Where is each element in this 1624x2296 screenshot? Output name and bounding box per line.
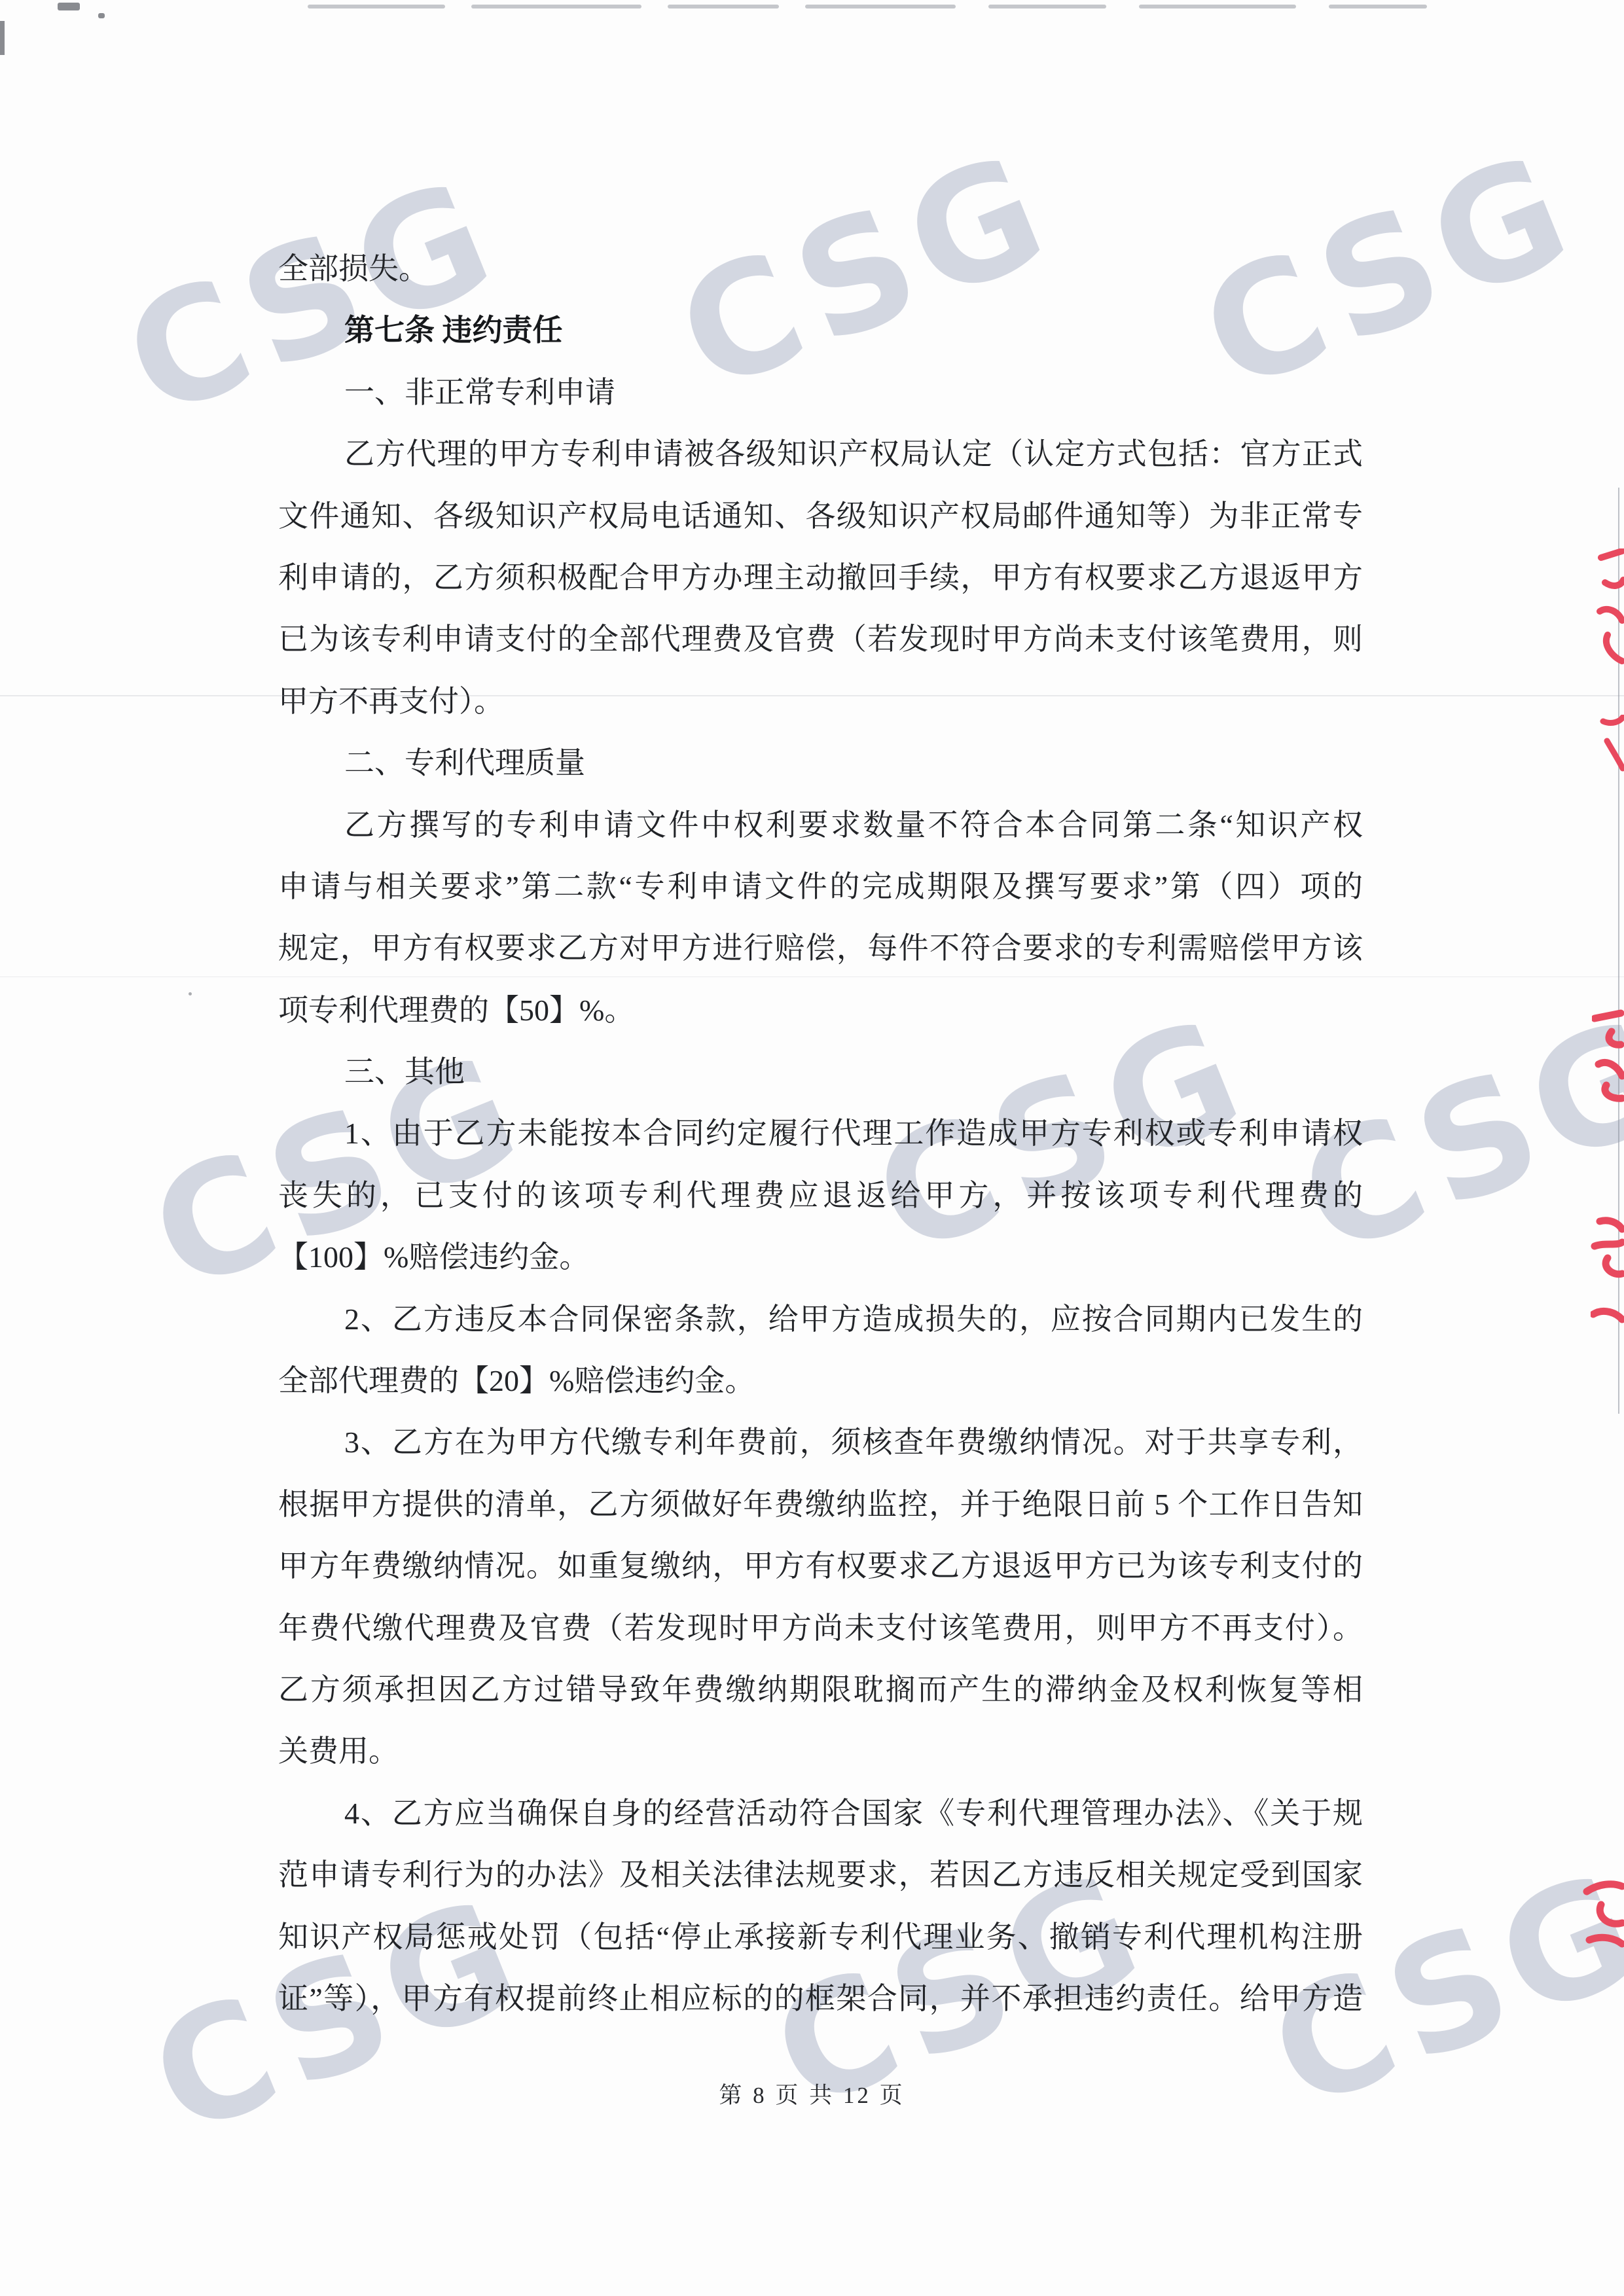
text-line: 规定，甲方有权要求乙方对甲方进行赔偿，每件不符合要求的专利需赔偿甲方该: [278, 918, 1363, 979]
text-line: 一、非正常专利申请: [278, 362, 1363, 423]
scan-artifact: [98, 13, 105, 18]
scan-artifact: [1618, 488, 1619, 1414]
text-line: 4、乙方应当确保自身的经营活动符合国家《专利代理管理办法》、《关于规: [278, 1783, 1363, 1844]
text-line: 利申请的，乙方须积极配合甲方办理主动撤回手续，甲方有权要求乙方退返甲方: [278, 547, 1363, 609]
text-line: 三、其他: [278, 1041, 1363, 1103]
text-line: 1、由于乙方未能按本合同约定履行代理工作造成甲方专利权或专利申请权: [278, 1103, 1363, 1164]
text-line: 申请与相关要求”第二款“专利申请文件的完成期限及撰写要求”第（四）项的: [278, 856, 1363, 918]
text-line: 全部损失。: [278, 238, 1363, 300]
scan-artifact: [1139, 5, 1296, 9]
text-line: 项专利代理费的【50】%。: [278, 980, 1363, 1041]
text-line: 3、乙方在为甲方代缴专利年费前，须核查年费缴纳情况。对于共享专利，: [278, 1412, 1363, 1473]
text-line: 已为该专利申请支付的全部代理费及官费（若发现时甲方尚未支付该笔费用，则: [278, 609, 1363, 670]
scan-artifact: [471, 5, 641, 9]
text-line: 二、专利代理质量: [278, 732, 1363, 794]
text-line: 证”等），甲方有权提前终止相应标的的框架合同，并不承担违约责任。给甲方造: [278, 1968, 1363, 2030]
red-ink-mark: [1592, 1008, 1624, 1103]
text-line: 【100】%赔偿违约金。: [278, 1227, 1363, 1288]
text-line: 丧失的，已支付的该项专利代理费应退返给甲方，并按该项专利代理费的: [278, 1165, 1363, 1227]
text-line: 第七条 违约责任: [278, 300, 1363, 361]
contract-page: CSG CSG CSG CSG CSG CSG CSG CSG CSG 全部损失…: [0, 0, 1624, 2296]
contract-text-block: 全部损失。第七条 违约责任一、非正常专利申请乙方代理的甲方专利申请被各级知识产权…: [278, 238, 1363, 2030]
scan-artifact: [0, 21, 5, 55]
scan-artifact: [58, 3, 80, 10]
scan-artifact: [668, 5, 779, 9]
scan-artifact: [988, 5, 1106, 9]
scan-artifact: [308, 5, 445, 9]
text-line: 知识产权局惩戒处罚（包括“停止承接新专利代理业务、撤销专利代理机构注册: [278, 1907, 1363, 1968]
red-ink-mark: [1599, 715, 1624, 772]
scan-artifact: [805, 5, 956, 9]
text-line: 年费代缴代理费及官费（若发现时甲方尚未支付该笔费用，则甲方不再支付）。: [278, 1598, 1363, 1659]
text-line: 文件通知、各级知识产权局电话通知、各级知识产权局邮件通知等）为非正常专: [278, 486, 1363, 547]
text-line: 乙方代理的甲方专利申请被各级知识产权局认定（认定方式包括：官方正式: [278, 423, 1363, 485]
page-number-footer: 第 8 页 共 12 页: [0, 2077, 1624, 2110]
text-line: 乙方撰写的专利申请文件中权利要求数量不符合本合同第二条“知识产权: [278, 795, 1363, 856]
text-line: 根据甲方提供的清单，乙方须做好年费缴纳监控，并于绝限日前 5 个工作日告知: [278, 1474, 1363, 1535]
red-ink-mark: [1583, 1876, 1624, 1949]
text-line: 关费用。: [278, 1721, 1363, 1782]
text-line: 全部代理费的【20】%赔偿违约金。: [278, 1350, 1363, 1412]
scan-artifact: [189, 992, 192, 996]
text-line: 乙方须承担因乙方过错导致年费缴纳期限耽搁而产生的滞纳金及权利恢复等相: [278, 1659, 1363, 1721]
text-line: 范申请专利行为的办法》及相关法律法规要求，若因乙方违反相关规定受到国家: [278, 1844, 1363, 1906]
text-line: 2、乙方违反本合同保密条款，给甲方造成损失的，应按合同期内已发生的: [278, 1289, 1363, 1350]
scan-artifact: [1329, 5, 1427, 9]
red-ink-mark: [1596, 548, 1624, 668]
red-ink-mark: [1591, 1216, 1624, 1333]
text-line: 甲方不再支付）。: [278, 671, 1363, 732]
text-line: 甲方年费缴纳情况。如重复缴纳，甲方有权要求乙方退返甲方已为该专利支付的: [278, 1535, 1363, 1597]
